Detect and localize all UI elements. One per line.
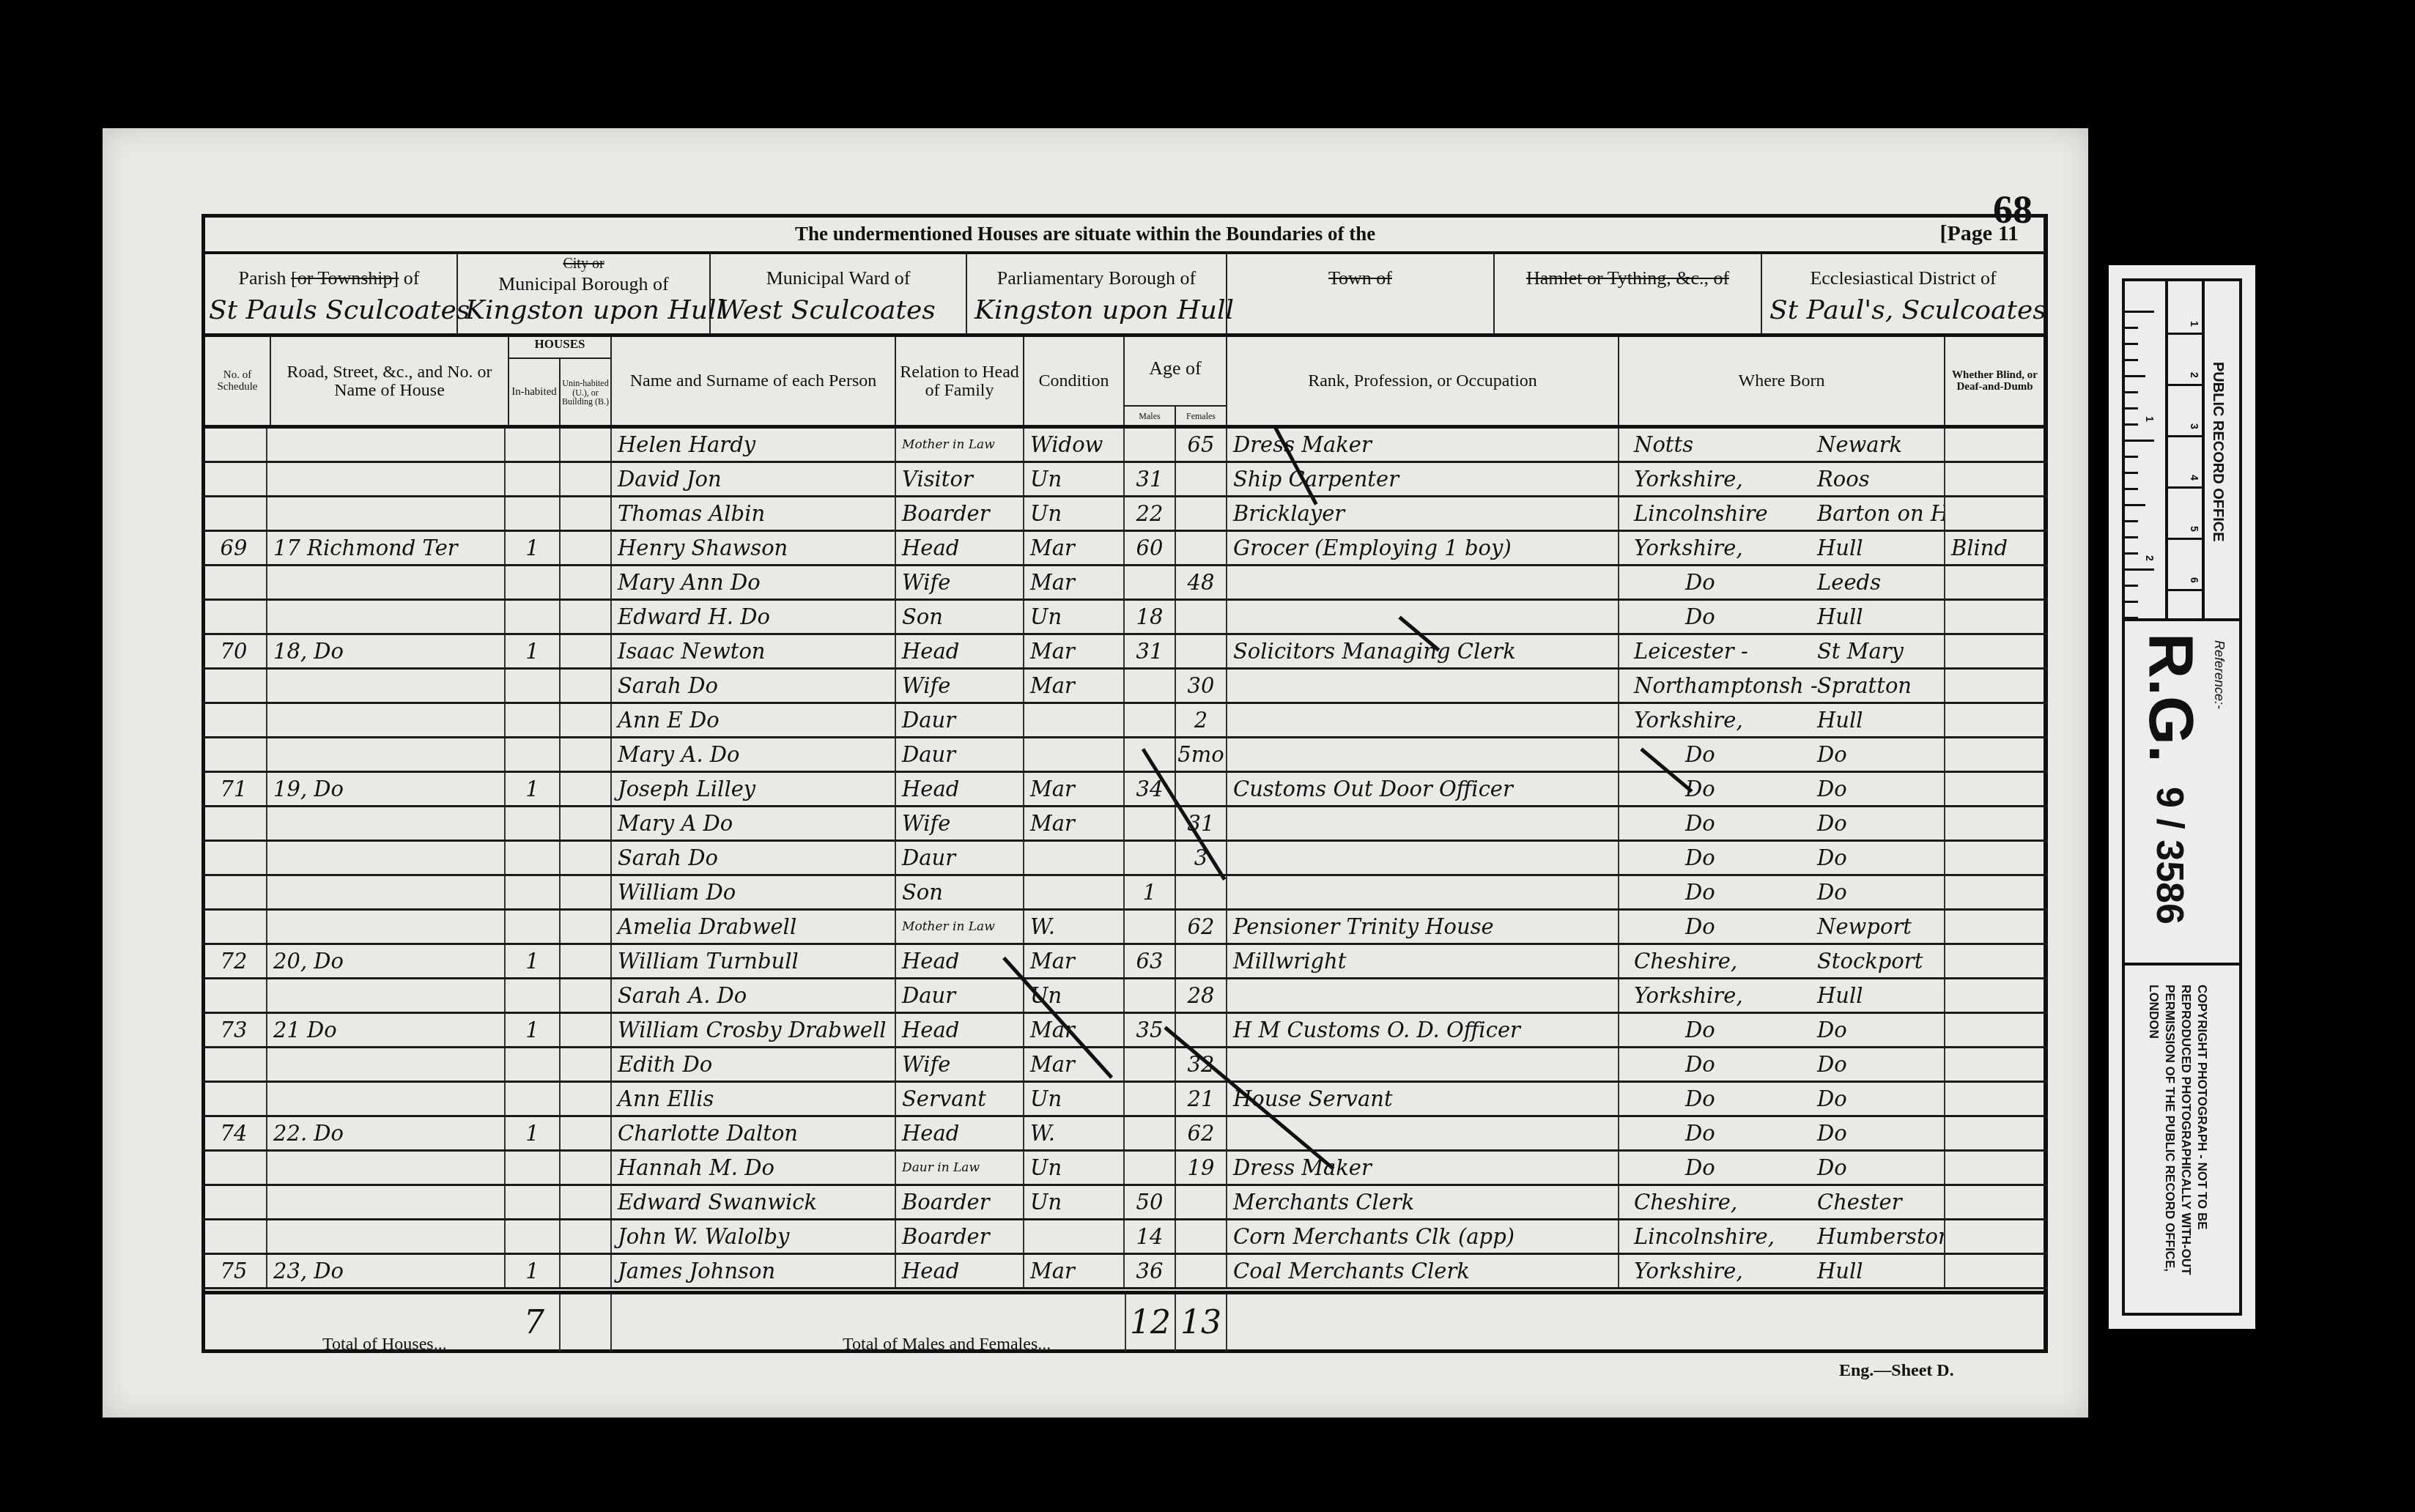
occupation: Coal Merchants Clerk xyxy=(1227,1255,1619,1287)
person-name: Edward Swanwick xyxy=(612,1186,896,1218)
born-county: Do xyxy=(1685,842,1715,874)
person-name: Mary A. Do xyxy=(612,738,896,771)
uninhabited-count xyxy=(561,1255,612,1287)
header-males: Males xyxy=(1125,407,1176,426)
schedule-number xyxy=(201,704,267,736)
uninhabited-count xyxy=(561,601,612,633)
born-place: Hull xyxy=(1817,1255,1863,1287)
male-age xyxy=(1125,807,1176,840)
relation-to-head: Head xyxy=(896,773,1024,805)
cm-mark: 5 xyxy=(2189,526,2200,532)
female-age: 30 xyxy=(1176,670,1227,702)
census-row: William DoSon1DoDo xyxy=(201,876,2048,911)
uninhabited-count xyxy=(561,945,612,977)
occupation: Bricklayer xyxy=(1227,497,1619,530)
relation-to-head: Visitor xyxy=(896,463,1024,495)
marital-condition xyxy=(1024,842,1125,874)
female-age xyxy=(1176,876,1227,908)
header-relation: Relation to Head of Family xyxy=(896,337,1024,426)
marital-condition: Un xyxy=(1024,463,1125,495)
road-address xyxy=(267,1220,506,1253)
relation-to-head: Wife xyxy=(896,670,1024,702)
road-address xyxy=(267,1083,506,1115)
person-name: James Johnson xyxy=(612,1255,896,1287)
occupation xyxy=(1227,1117,1619,1149)
uninhabited-count xyxy=(561,807,612,840)
uninhabited-count xyxy=(561,842,612,874)
uninhabited-count xyxy=(561,773,612,805)
male-age xyxy=(1125,1083,1176,1115)
female-age xyxy=(1176,945,1227,977)
male-age: 22 xyxy=(1125,497,1176,530)
schedule-number xyxy=(201,1048,267,1081)
inhabited-count xyxy=(506,1186,561,1218)
relation-to-head: Daur in Law xyxy=(896,1152,1024,1184)
uninhabited-count xyxy=(561,670,612,702)
uninhabited-count xyxy=(561,1117,612,1149)
where-born: Yorkshire,Hull xyxy=(1619,532,1945,564)
where-born: DoDo xyxy=(1619,807,1945,840)
census-row: Sarah DoWifeMar30Northamptonsh -Spratton xyxy=(201,670,2048,704)
cm-mark: 6 xyxy=(2189,577,2200,583)
born-place: Spratton xyxy=(1817,670,1912,702)
uninhabited-count xyxy=(561,1186,612,1218)
born-county: Do xyxy=(1685,1117,1715,1149)
uninhabited-count xyxy=(561,1083,612,1115)
uninhabited-count xyxy=(561,979,612,1012)
inhabited-count: 1 xyxy=(506,945,561,977)
census-row: David JonVisitorUn31Ship CarpenterYorksh… xyxy=(201,463,2048,497)
copyright-notice: COPYRIGHT PHOTOGRAPH - NOT TO BE REPRODU… xyxy=(2145,985,2210,1300)
location-parliamentary-borough: Parliamentary Borough of Kingston upon H… xyxy=(967,254,1227,333)
female-age: 2 xyxy=(1176,704,1227,736)
title-line: The undermentioned Houses are situate wi… xyxy=(795,223,1375,245)
male-age: 60 xyxy=(1125,532,1176,564)
relation-to-head: Head xyxy=(896,1255,1024,1287)
occupation xyxy=(1227,807,1619,840)
inch-mark: 2 xyxy=(2144,555,2156,561)
female-age: 21 xyxy=(1176,1083,1227,1115)
male-age xyxy=(1125,738,1176,771)
header-females: Females xyxy=(1176,407,1227,426)
relation-to-head: Mother in Law xyxy=(896,429,1024,461)
born-county: Yorkshire, xyxy=(1634,1255,1743,1287)
marital-condition: W. xyxy=(1024,911,1125,943)
born-county: Lincolnshire, xyxy=(1634,1220,1775,1253)
relation-to-head: Head xyxy=(896,1117,1024,1149)
uninhabited-count xyxy=(561,635,612,667)
born-county: Do xyxy=(1685,1152,1715,1184)
relation-to-head: Boarder xyxy=(896,1220,1024,1253)
born-county: Do xyxy=(1685,1048,1715,1081)
census-row: Hannah M. DoDaur in LawUn19Dress MakerDo… xyxy=(201,1152,2048,1186)
blind-deaf-dumb xyxy=(1945,876,2048,908)
female-age xyxy=(1176,463,1227,495)
schedule-number: 70 xyxy=(201,635,267,667)
cm-mark: 2 xyxy=(2189,372,2200,378)
where-born: DoHull xyxy=(1619,601,1945,633)
male-age: 50 xyxy=(1125,1186,1176,1218)
female-age xyxy=(1176,601,1227,633)
female-age xyxy=(1176,532,1227,564)
census-row: 7422. Do1Charlotte DaltonHeadW.62DoDo xyxy=(201,1117,2048,1152)
blind-deaf-dumb xyxy=(1945,429,2048,461)
road-address xyxy=(267,842,506,874)
female-age xyxy=(1176,1220,1227,1253)
person-name: Edward H. Do xyxy=(612,601,896,633)
occupation: House Servant xyxy=(1227,1083,1619,1115)
female-age: 28 xyxy=(1176,979,1227,1012)
marital-condition: Un xyxy=(1024,1186,1125,1218)
blind-deaf-dumb xyxy=(1945,1255,2048,1287)
occupation xyxy=(1227,704,1619,736)
inhabited-count xyxy=(506,979,561,1012)
inhabited-count: 1 xyxy=(506,635,561,667)
where-born: DoDo xyxy=(1619,1083,1945,1115)
where-born: Lincolnshire,Humberston xyxy=(1619,1220,1945,1253)
series-code: R.G. xyxy=(2140,633,2203,763)
inhabited-count xyxy=(506,670,561,702)
born-county: Lincolnshire xyxy=(1634,497,1768,530)
schedule-number xyxy=(201,876,267,908)
occupation xyxy=(1227,601,1619,633)
inhabited-count: 1 xyxy=(506,773,561,805)
relation-to-head: Daur xyxy=(896,842,1024,874)
inhabited-count: 1 xyxy=(506,532,561,564)
person-name: Helen Hardy xyxy=(612,429,896,461)
location-municipal-borough: City or Municipal Borough of Kingston up… xyxy=(458,254,711,333)
born-county: Notts xyxy=(1634,429,1693,461)
born-county: Do xyxy=(1685,807,1715,840)
totals-row: Total of Houses... 7 Total of Males and … xyxy=(201,1291,2048,1351)
person-name: Ann Ellis xyxy=(612,1083,896,1115)
person-name: Charlotte Dalton xyxy=(612,1117,896,1149)
location-town: Town of xyxy=(1227,254,1495,333)
marital-condition xyxy=(1024,738,1125,771)
inhabited-count xyxy=(506,807,561,840)
inhabited-count: 1 xyxy=(506,1255,561,1287)
female-age xyxy=(1176,1186,1227,1218)
schedule-number: 73 xyxy=(201,1014,267,1046)
inhabited-count xyxy=(506,842,561,874)
relation-to-head: Head xyxy=(896,635,1024,667)
uninhabited-count xyxy=(561,1048,612,1081)
inhabited-count xyxy=(506,1152,561,1184)
inhabited-count: 1 xyxy=(506,1014,561,1046)
where-born: Cheshire,Chester xyxy=(1619,1186,1945,1218)
schedule-number xyxy=(201,670,267,702)
inhabited-count xyxy=(506,566,561,598)
uninhabited-count xyxy=(561,463,612,495)
occupation: H M Customs O. D. Officer xyxy=(1227,1014,1619,1046)
location-header-row: Parish [or Township] of St Pauls Sculcoa… xyxy=(201,254,2048,337)
census-row: 7321 Do1William Crosby DrabwellHeadMar35… xyxy=(201,1014,2048,1048)
schedule-number xyxy=(201,566,267,598)
born-county: Northamptonsh - xyxy=(1634,670,1818,702)
person-name: Joseph Lilley xyxy=(612,773,896,805)
ecclesiastical-district-value: St Paul's, Sculcoates xyxy=(1769,295,2046,325)
born-place: Roos xyxy=(1817,463,1870,495)
cm-mark: 1 xyxy=(2189,321,2200,327)
born-place: Do xyxy=(1817,1048,1847,1081)
record-office-label: PUBLIC RECORD OFFICE xyxy=(2209,362,2226,542)
born-place: Do xyxy=(1817,807,1847,840)
blind-deaf-dumb xyxy=(1945,807,2048,840)
occupation xyxy=(1227,876,1619,908)
occupation: Grocer (Employing 1 boy) xyxy=(1227,532,1619,564)
blind-deaf-dumb xyxy=(1945,1220,2048,1253)
census-row: Sarah A. DoDaurUn28Yorkshire,Hull xyxy=(201,979,2048,1014)
person-name: Hannah M. Do xyxy=(612,1152,896,1184)
census-row: Edith DoWifeMar32DoDo xyxy=(201,1048,2048,1083)
marital-condition: Mar xyxy=(1024,532,1125,564)
schedule-number xyxy=(201,429,267,461)
marital-condition xyxy=(1024,876,1125,908)
relation-to-head: Son xyxy=(896,601,1024,633)
header-inhabited: In-habited xyxy=(509,359,561,426)
occupation xyxy=(1227,670,1619,702)
cm-mark: 3 xyxy=(2189,423,2200,429)
born-place: Hull xyxy=(1817,601,1863,633)
occupation: Ship Carpenter xyxy=(1227,463,1619,495)
road-address xyxy=(267,1186,506,1218)
male-age xyxy=(1125,1048,1176,1081)
census-row: 7220, Do1William TurnbullHeadMar63Millwr… xyxy=(201,945,2048,979)
male-age: 1 xyxy=(1125,876,1176,908)
road-address xyxy=(267,566,506,598)
person-name: Isaac Newton xyxy=(612,635,896,667)
schedule-number xyxy=(201,601,267,633)
census-row: Thomas AlbinBoarderUn22BricklayerLincoln… xyxy=(201,497,2048,532)
male-age xyxy=(1125,704,1176,736)
relation-to-head: Daur xyxy=(896,704,1024,736)
location-hamlet: Hamlet or Tything, &c., of xyxy=(1495,254,1762,333)
where-born: DoDo xyxy=(1619,1117,1945,1149)
header-houses: HOUSES xyxy=(509,337,612,359)
born-county: Do xyxy=(1685,601,1715,633)
born-place: Do xyxy=(1817,1117,1847,1149)
census-row: Edward SwanwickBoarderUn50Merchants Cler… xyxy=(201,1186,2048,1220)
person-name: William Crosby Drabwell xyxy=(612,1014,896,1046)
total-houses-label: Total of Houses... xyxy=(322,1316,447,1351)
male-age xyxy=(1125,911,1176,943)
road-address xyxy=(267,704,506,736)
location-municipal-ward: Municipal Ward of West Sculcoates xyxy=(711,254,967,333)
cm-mark: 4 xyxy=(2189,475,2200,481)
inhabited-count xyxy=(506,1220,561,1253)
marital-condition: Widow xyxy=(1024,429,1125,461)
piece-number: 9 / 3586 xyxy=(2150,787,2189,924)
inch-ruler: 12 xyxy=(2125,281,2168,618)
relation-to-head: Head xyxy=(896,532,1024,564)
census-row: Amelia DrabwellMother in LawW.62Pensione… xyxy=(201,911,2048,945)
male-age xyxy=(1125,566,1176,598)
person-name: David Jon xyxy=(612,463,896,495)
uninhabited-count xyxy=(561,738,612,771)
occupation xyxy=(1227,842,1619,874)
blind-deaf-dumb xyxy=(1945,566,2048,598)
male-age xyxy=(1125,1117,1176,1149)
born-place: Do xyxy=(1817,876,1847,908)
schedule-number: 74 xyxy=(201,1117,267,1149)
marital-condition: Un xyxy=(1024,497,1125,530)
where-born: DoDo xyxy=(1619,1152,1945,1184)
uninhabited-count xyxy=(561,704,612,736)
road-address xyxy=(267,979,506,1012)
person-name: Sarah Do xyxy=(612,670,896,702)
blind-deaf-dumb xyxy=(1945,1186,2048,1218)
male-age: 18 xyxy=(1125,601,1176,633)
road-address xyxy=(267,601,506,633)
where-born: Cheshire,Stockport xyxy=(1619,945,1945,977)
relation-to-head: Boarder xyxy=(896,1186,1024,1218)
male-age xyxy=(1125,670,1176,702)
born-county: Leicester - xyxy=(1634,635,1748,667)
blind-deaf-dumb xyxy=(1945,601,2048,633)
inhabited-count xyxy=(506,497,561,530)
marital-condition: Un xyxy=(1024,1083,1125,1115)
blind-deaf-dumb xyxy=(1945,842,2048,874)
person-name: Thomas Albin xyxy=(612,497,896,530)
census-row: Edward H. DoSonUn18DoHull xyxy=(201,601,2048,635)
total-houses-inhabited: 7 xyxy=(509,1294,561,1351)
census-row: Ann EllisServantUn21House ServantDoDo xyxy=(201,1083,2048,1117)
where-born: NottsNewark xyxy=(1619,429,1945,461)
marital-condition: Mar xyxy=(1024,807,1125,840)
born-place: Newport xyxy=(1817,911,1912,943)
occupation: Dress Maker xyxy=(1227,1152,1619,1184)
born-place: Do xyxy=(1817,773,1847,805)
born-place: St Mary xyxy=(1817,635,1904,667)
marital-condition xyxy=(1024,1220,1125,1253)
census-row: Helen HardyMother in LawWidow65Dress Mak… xyxy=(201,429,2048,463)
schedule-number xyxy=(201,842,267,874)
census-row: 6917 Richmond Ter1Henry ShawsonHeadMar60… xyxy=(201,532,2048,566)
schedule-number xyxy=(201,463,267,495)
header-occupation: Rank, Profession, or Occupation xyxy=(1227,337,1619,426)
census-row: Mary Ann DoWifeMar48DoLeeds xyxy=(201,566,2048,601)
inhabited-count xyxy=(506,463,561,495)
born-place: Newark xyxy=(1817,429,1902,461)
person-name: William Do xyxy=(612,876,896,908)
blind-deaf-dumb xyxy=(1945,911,2048,943)
road-address xyxy=(267,876,506,908)
born-county: Do xyxy=(1685,1083,1715,1115)
road-address xyxy=(267,1152,506,1184)
born-place: Chester xyxy=(1817,1186,1902,1218)
relation-to-head: Daur xyxy=(896,738,1024,771)
female-age xyxy=(1176,635,1227,667)
where-born: Yorkshire,Hull xyxy=(1619,1255,1945,1287)
relation-to-head: Head xyxy=(896,1014,1024,1046)
census-row: 7018, Do1Isaac NewtonHeadMar31Solicitors… xyxy=(201,635,2048,670)
schedule-number: 75 xyxy=(201,1255,267,1287)
header-blind: Whether Blind, or Deaf-and-Dumb xyxy=(1945,337,2044,426)
relation-to-head: Son xyxy=(896,876,1024,908)
uninhabited-count xyxy=(561,429,612,461)
inhabited-count xyxy=(506,429,561,461)
header-age: Age of xyxy=(1125,337,1227,407)
blind-deaf-dumb xyxy=(1945,704,2048,736)
male-age: 31 xyxy=(1125,635,1176,667)
header-name: Name and Surname of each Person xyxy=(612,337,896,426)
male-age xyxy=(1125,1152,1176,1184)
header-condition: Condition xyxy=(1024,337,1125,426)
uninhabited-count xyxy=(561,1014,612,1046)
blind-deaf-dumb xyxy=(1945,979,2048,1012)
schedule-number xyxy=(201,1152,267,1184)
inhabited-count xyxy=(506,1048,561,1081)
born-county: Yorkshire, xyxy=(1634,463,1743,495)
uninhabited-count xyxy=(561,532,612,564)
schedule-number xyxy=(201,497,267,530)
born-county: Do xyxy=(1685,876,1715,908)
born-place: Do xyxy=(1817,1014,1847,1046)
person-name: Edith Do xyxy=(612,1048,896,1081)
blind-deaf-dumb xyxy=(1945,738,2048,771)
marital-condition: Un xyxy=(1024,1152,1125,1184)
blind-deaf-dumb xyxy=(1945,1117,2048,1149)
census-row: 7523, Do1James JohnsonHeadMar36Coal Merc… xyxy=(201,1255,2048,1289)
born-county: Cheshire, xyxy=(1634,1186,1737,1218)
occupation: Merchants Clerk xyxy=(1227,1186,1619,1218)
occupation xyxy=(1227,738,1619,771)
where-born: Northamptonsh -Spratton xyxy=(1619,670,1945,702)
blind-deaf-dumb: Blind xyxy=(1945,532,2048,564)
schedule-number: 69 xyxy=(201,532,267,564)
where-born: DoNewport xyxy=(1619,911,1945,943)
female-age: 65 xyxy=(1176,429,1227,461)
relation-to-head: Servant xyxy=(896,1083,1024,1115)
road-address: 22. Do xyxy=(267,1117,506,1149)
occupation xyxy=(1227,566,1619,598)
blind-deaf-dumb xyxy=(1945,497,2048,530)
total-females: 13 xyxy=(1176,1294,1227,1351)
marital-condition xyxy=(1024,704,1125,736)
road-address xyxy=(267,1048,506,1081)
female-age: 19 xyxy=(1176,1152,1227,1184)
marital-condition: Mar xyxy=(1024,566,1125,598)
inch-mark: 1 xyxy=(2144,416,2156,422)
schedule-number xyxy=(201,1186,267,1218)
where-born: DoDo xyxy=(1619,773,1945,805)
marital-condition: Mar xyxy=(1024,670,1125,702)
female-age: 5mo xyxy=(1176,738,1227,771)
inhabited-count xyxy=(506,704,561,736)
road-address: 19, Do xyxy=(267,773,506,805)
person-name: Henry Shawson xyxy=(612,532,896,564)
person-name: Mary A Do xyxy=(612,807,896,840)
relation-to-head: Daur xyxy=(896,979,1024,1012)
where-born: Yorkshire,Roos xyxy=(1619,463,1945,495)
born-place: Hull xyxy=(1817,979,1863,1012)
male-age: 14 xyxy=(1125,1220,1176,1253)
census-row: John W. WalolbyBoarder14Corn Merchants C… xyxy=(201,1220,2048,1255)
header-schedule: No. of Schedule xyxy=(205,337,271,426)
inhabited-count: 1 xyxy=(506,1117,561,1149)
born-county: Do xyxy=(1685,1014,1715,1046)
person-name: Ann E Do xyxy=(612,704,896,736)
schedule-number xyxy=(201,979,267,1012)
born-place: Barton on Humber xyxy=(1817,497,1945,530)
marital-condition: Mar xyxy=(1024,1255,1125,1287)
born-county: Do xyxy=(1685,911,1715,943)
relation-to-head: Boarder xyxy=(896,497,1024,530)
road-address xyxy=(267,429,506,461)
male-age xyxy=(1125,429,1176,461)
cm-scale: 123456 xyxy=(2165,281,2205,618)
born-place: Humberston xyxy=(1817,1220,1945,1253)
